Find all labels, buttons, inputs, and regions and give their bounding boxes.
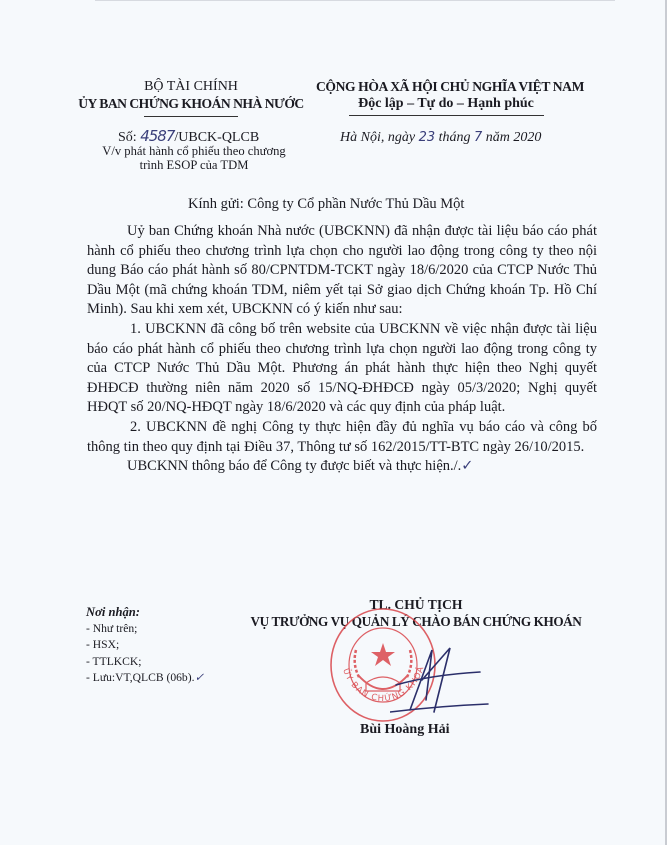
initial-tick-icon: ✓ — [194, 671, 204, 684]
issuer-header: BỘ TÀI CHÍNH ỦY BAN CHỨNG KHOÁN NHÀ NƯỚC — [78, 78, 304, 117]
distribution-item-archive: - Lưu:VT,QLCB (06b).✓ — [86, 670, 204, 687]
letter-body: Uỷ ban Chứng khoán Nhà nước (UBCKNN) đã … — [87, 222, 597, 477]
page-edge-top — [95, 0, 615, 1]
header-underline — [144, 116, 238, 117]
intro-paragraph: Uỷ ban Chứng khoán Nhà nước (UBCKNN) đã … — [87, 222, 597, 320]
document-date: Hà Nội, ngày 23 tháng 7 năm 2020 — [340, 130, 541, 146]
date-year: năm 2020 — [482, 130, 541, 145]
ministry-name: BỘ TÀI CHÍNH — [78, 78, 304, 95]
document-subject: V/v phát hành cổ phiếu theo chương trình… — [86, 144, 302, 172]
agency-name: ỦY BAN CHỨNG KHOÁN NHÀ NƯỚC — [78, 95, 304, 112]
document-number-label: Số: — [118, 130, 140, 145]
document-page: BỘ TÀI CHÍNH ỦY BAN CHỨNG KHOÁN NHÀ NƯỚC… — [0, 0, 667, 845]
document-number-handwritten: 4587 — [140, 127, 174, 145]
distribution-title: Nơi nhận: — [86, 604, 204, 621]
distribution-item: - HSX; — [86, 637, 204, 654]
distribution-item: - TTLKCK; — [86, 654, 204, 671]
subject-line-2: trình ESOP của TDM — [86, 158, 302, 172]
handwritten-signature-icon — [390, 640, 490, 720]
recipient-line: Kính gửi: Công ty Cổ phần Nước Thủ Dầu M… — [188, 196, 464, 213]
country-name: CỘNG HÒA XÃ HỘI CHỦ NGHĨA VIỆT NAM — [316, 78, 576, 95]
motto-underline — [349, 115, 544, 116]
date-day-handwritten: 23 — [419, 130, 436, 145]
item-1-paragraph: 1. UBCKNN đã công bố trên website của UB… — [87, 320, 597, 418]
date-prefix: Hà Nội, ngày — [340, 130, 419, 145]
document-number-suffix: /UBCK-QLCB — [174, 130, 259, 145]
item-2-paragraph: 2. UBCKNN đề nghị Công ty thực hiện đầy … — [87, 418, 597, 457]
handwritten-tick-icon: ✓ — [461, 458, 473, 474]
distribution-item: - Như trên; — [86, 621, 204, 638]
distribution-list: Nơi nhận: - Như trên; - HSX; - TTLKCK; -… — [86, 604, 204, 687]
closing-text: UBCKNN thông báo để Công ty được biết và… — [127, 458, 461, 474]
signer-name: Bùi Hoàng Hải — [360, 722, 449, 738]
subject-line-1: V/v phát hành cổ phiếu theo chương — [86, 144, 302, 158]
national-motto: Độc lập – Tự do – Hạnh phúc — [316, 95, 576, 112]
closing-paragraph: UBCKNN thông báo để Công ty được biết và… — [87, 457, 597, 477]
date-month-label: tháng — [435, 130, 474, 145]
distribution-item-text: - Lưu:VT,QLCB (06b). — [86, 671, 194, 684]
national-header: CỘNG HÒA XÃ HỘI CHỦ NGHĨA VIỆT NAM Độc l… — [316, 78, 576, 116]
